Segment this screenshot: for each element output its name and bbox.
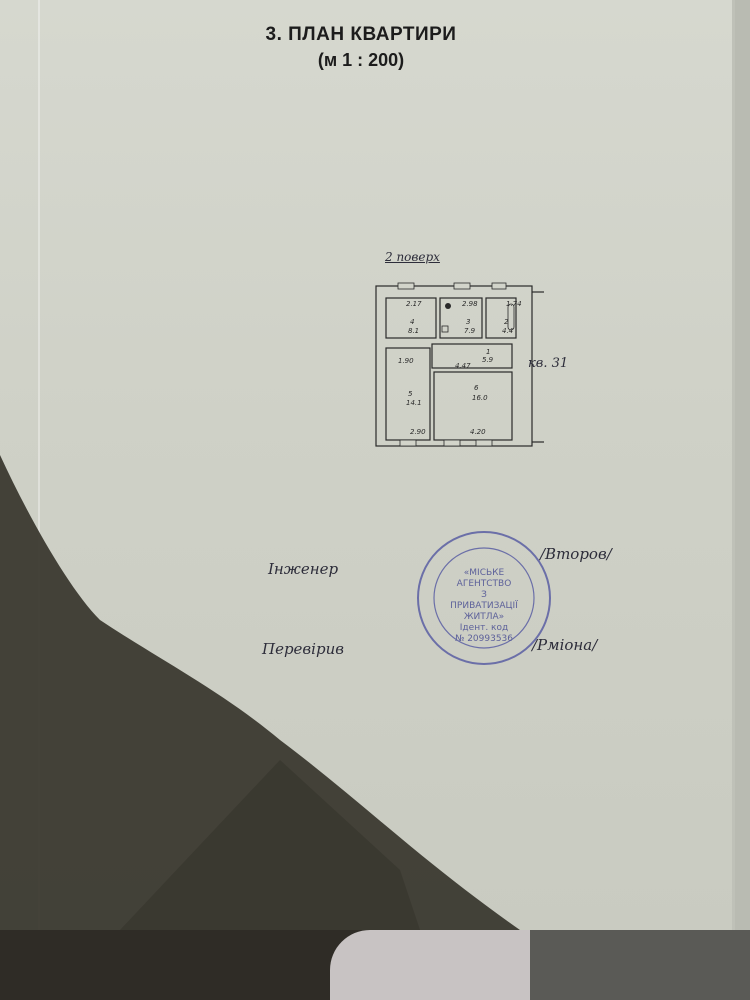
- checked-label: Перевірив: [262, 640, 344, 658]
- underlying-sheet: [735, 0, 750, 1000]
- paper-fold-line: [38, 0, 40, 930]
- room-4-dim: 2.17: [406, 300, 422, 308]
- apartment-label: кв. 31: [528, 356, 568, 371]
- engineer-label: Інженер: [268, 560, 338, 578]
- room-5-area: 14.1: [406, 399, 422, 407]
- scale-label: (м 1 : 200): [0, 50, 722, 71]
- stamp-line-2: АГЕНТСТВО: [446, 579, 522, 590]
- room-4-number: 4: [410, 318, 414, 326]
- room-1-number: 1: [486, 348, 490, 356]
- room-1-area: 5.9: [482, 356, 493, 364]
- room-5-dim: 2.90: [410, 428, 426, 436]
- stamp-line-4: ЖИТЛА»: [446, 612, 522, 623]
- room-1-dim: 4.47: [455, 362, 471, 370]
- room-4-area: 8.1: [408, 327, 419, 335]
- room-2-number: 2: [504, 318, 508, 326]
- room-3-dim: 2.98: [462, 300, 478, 308]
- stamp-id-label: Ідент. код: [446, 623, 522, 634]
- room-3-area: 7.9: [464, 327, 475, 335]
- stamp-line-3: З ПРИВАТИЗАЦІЇ: [446, 590, 522, 612]
- room-3-number: 3: [466, 318, 470, 326]
- fabric-background: [330, 930, 530, 1000]
- floor-background-right: [530, 930, 750, 1000]
- room-6-number: 6: [474, 384, 478, 392]
- page-title: 3. ПЛАН КВАРТИРИ: [0, 24, 722, 46]
- stamp-id-number: № 20993536: [446, 634, 522, 645]
- room-6-area: 16.0: [472, 394, 488, 402]
- document-page: [0, 0, 735, 930]
- room-5-dim-b: 1.90: [398, 357, 414, 365]
- floor-label: 2 поверх: [385, 250, 440, 264]
- room-2-area: 4.4: [502, 327, 513, 335]
- room-6-dim: 4.20: [470, 428, 486, 436]
- stamp-center: «МІСЬКЕ АГЕНТСТВО З ПРИВАТИЗАЦІЇ ЖИТЛА» …: [446, 568, 522, 645]
- stamp-line-1: «МІСЬКЕ: [446, 568, 522, 579]
- room-2-dim: 1.74: [506, 300, 522, 308]
- room-5-number: 5: [408, 390, 412, 398]
